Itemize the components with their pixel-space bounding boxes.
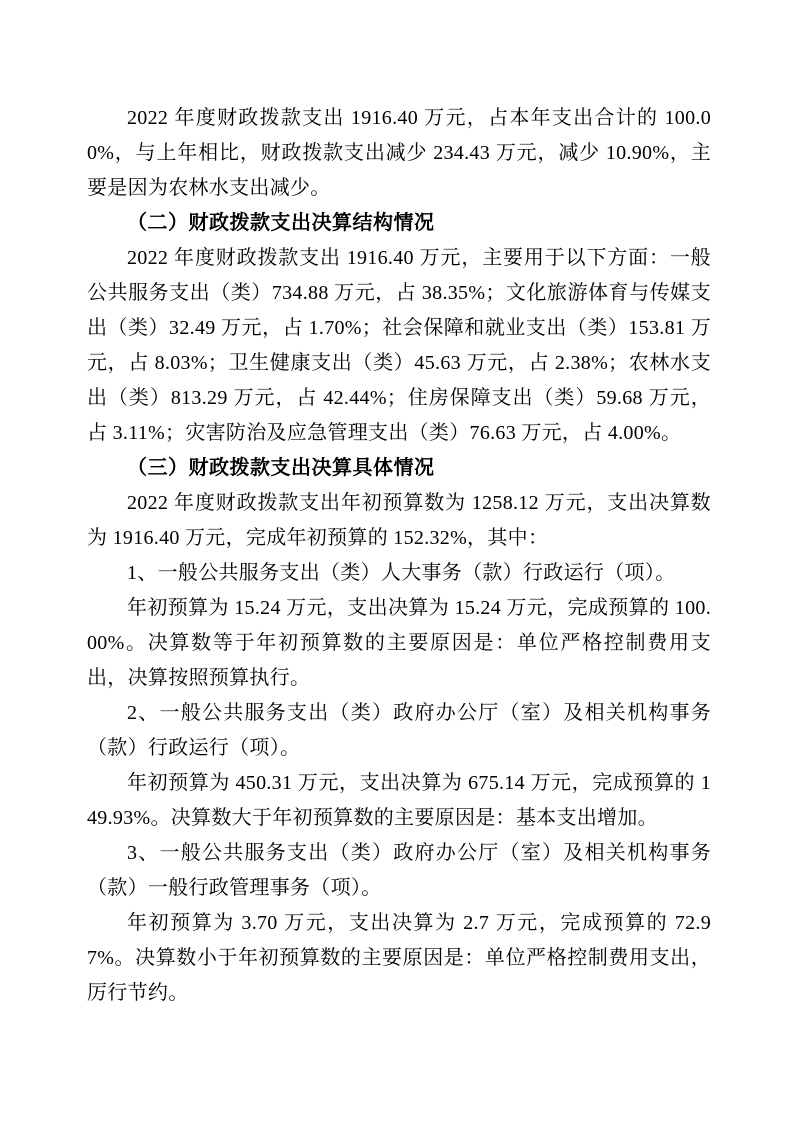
paragraph-item-1-detail: 年初预算为 15.24 万元，支出决算为 15.24 万元，完成预算的 100.…: [87, 591, 711, 696]
document-text-block: 2022 年度财政拨款支出 1916.40 万元，占本年支出合计的 100.00…: [87, 101, 711, 1011]
paragraph-item-1-title: 1、一般公共服务支出（类）人大事务（款）行政运行（项）。: [87, 556, 711, 591]
paragraph-item-3-title: 3、一般公共服务支出（类）政府办公厅（室）及相关机构事务（款）一般行政管理事务（…: [87, 836, 711, 906]
paragraph-item-3-detail: 年初预算为 3.70 万元，支出决算为 2.7 万元，完成预算的 72.97%。…: [87, 906, 711, 1011]
heading-section-iii-expenditure-specifics: （三）财政拨款支出决算具体情况: [87, 451, 711, 486]
paragraph-item-2-title: 2、一般公共服务支出（类）政府办公厅（室）及相关机构事务（款）行政运行（项）。: [87, 696, 711, 766]
paragraph-budget-vs-final-summary: 2022 年度财政拨款支出年初预算数为 1258.12 万元，支出决算数为 19…: [87, 486, 711, 556]
heading-section-ii-expenditure-structure: （二）财政拨款支出决算结构情况: [87, 206, 711, 241]
paragraph-overall-expenditure-summary: 2022 年度财政拨款支出 1916.40 万元，占本年支出合计的 100.00…: [87, 101, 711, 206]
paragraph-item-2-detail: 年初预算为 450.31 万元，支出决算为 675.14 万元，完成预算的 14…: [87, 766, 711, 836]
document-page: 2022 年度财政拨款支出 1916.40 万元，占本年支出合计的 100.00…: [0, 0, 793, 1122]
paragraph-expenditure-structure-detail: 2022 年度财政拨款支出 1916.40 万元，主要用于以下方面：一般公共服务…: [87, 241, 711, 451]
